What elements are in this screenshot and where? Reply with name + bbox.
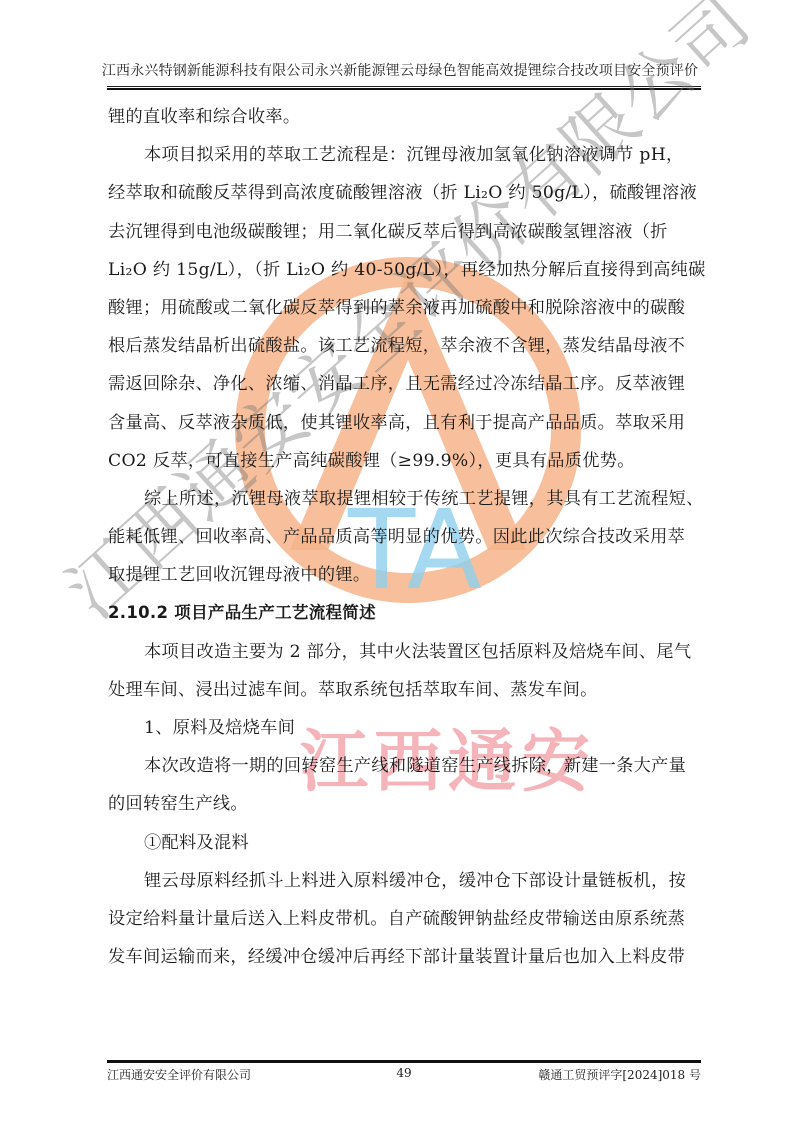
text-line: 去沉锂得到电池级碳酸锂；用二氧化碳反萃后得到高浓碳酸氢锂溶液（折 [108,213,702,251]
document-body: 锂的直收率和综合收率。 本项目拟采用的萃取工艺流程是：沉锂母液加氢氧化钠溶液调节… [108,98,702,976]
subsection-label: 1、原料及焙烧车间 [108,709,702,747]
running-header-title: 江西永兴特钢新能源科技有限公司永兴新能源锂云母绿色智能高效提锂综合技改项目安全预… [0,60,800,80]
text-line: 能耗低锂、回收率高、产品品质高等明显的优势。因此此次综合技改采用萃 [108,518,702,556]
section-heading: 2.10.2 项目产品生产工艺流程简述 [108,594,702,632]
text-line: 综上所述，沉锂母液萃取提锂相较于传统工艺提锂，其具有工艺流程短、 [108,480,702,518]
footer-rule [107,1060,701,1063]
text-line: 根后蒸发结晶析出硫酸盐。该工艺流程短，萃余液不含锂，蒸发结晶母液不 [108,327,702,365]
text-line: 本次改造将一期的回转窑生产线和隧道窑生产线拆除，新建一条大产量 [108,747,702,785]
text-line: 锂的直收率和综合收率。 [108,98,702,136]
text-line: 锂云母原料经抓斗上料进入原料缓冲仓，缓冲仓下部设计量链板机，按 [108,862,702,900]
text-line: 发车间运输而来，经缓冲仓缓冲后再经下部计量装置计量后也加入上料皮带 [108,938,702,976]
text-line: 处理车间、浸出过滤车间。萃取系统包括萃取车间、蒸发车间。 [108,671,702,709]
text-line: 设定给料量计量后送入上料皮带机。自产硫酸钾钠盐经皮带输送由原系统蒸 [108,900,702,938]
text-line: 经萃取和硫酸反萃得到高浓度硫酸锂溶液（折 Li₂O 约 50g/L），硫酸锂溶液 [108,174,702,212]
text-line: 本项目改造主要为 2 部分，其中火法装置区包括原料及焙烧车间、尾气 [108,633,702,671]
text-line: CO2 反萃，可直接生产高纯碳酸锂（≥99.9%），更具有品质优势。 [108,442,702,480]
text-line: 酸锂；用硫酸或二氧化碳反萃得到的萃余液再加硫酸中和脱除溶液中的碳酸 [108,289,702,327]
text-line: Li₂O 约 15g/L），（折 Li₂O 约 40-50g/L），再经加热分解… [108,251,702,289]
document-number: 赣通工贸预评字[2024]018 号 [538,1066,701,1083]
text-line: 本项目拟采用的萃取工艺流程是：沉锂母液加氢氧化钠溶液调节 pH， [108,136,702,174]
document-page: 江西永兴特钢新能源科技有限公司永兴新能源锂云母绿色智能高效提锂综合技改项目安全预… [0,0,800,1131]
text-line: 的回转窑生产线。 [108,785,702,823]
subsection-label: ①配料及混料 [108,824,702,862]
text-line: 含量高、反萃液杂质低，使其锂收率高，且有利于提高产品品质。萃取采用 [108,404,702,442]
text-line: 需返回除杂、净化、浓缩、消晶工序，且无需经过冷冻结晶工序。反萃液锂 [108,365,702,403]
header-double-rule [107,86,701,90]
text-line: 取提锂工艺回收沉锂母液中的锂。 [108,556,702,594]
